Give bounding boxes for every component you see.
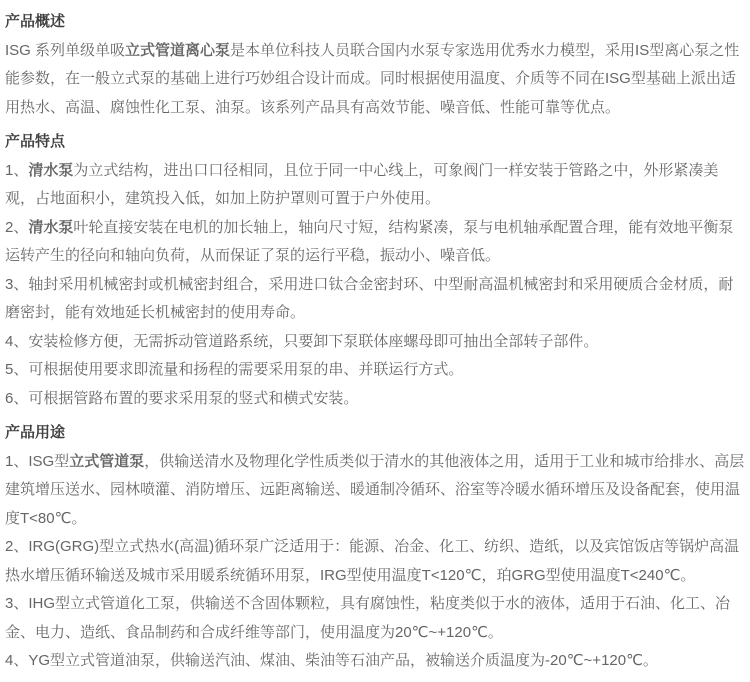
text-run: 1、 bbox=[5, 162, 28, 179]
paragraph: 2、清水泵叶轮直接安装在电机的加长轴上，轴向尺寸短，结构紧凑，泵与电机轴承配置合… bbox=[5, 214, 746, 271]
text-run: 5、可根据使用要求即流量和扬程的需要采用泵的串、并联运行方式。 bbox=[5, 361, 463, 378]
bold-term: 清水泵 bbox=[28, 219, 73, 236]
bold-term: 清水泵 bbox=[28, 162, 73, 179]
paragraph: 4、YG型立式管道油泵，供输送汽油、煤油、柴油等石油产品，被输送介质温度为-20… bbox=[5, 647, 746, 676]
section-body-overview: ISG 系列单级单吸立式管道离心泵是本单位科技人员联合国内水泵专家选用优秀水力模… bbox=[5, 37, 746, 123]
bold-term: 立式管道泵 bbox=[69, 453, 144, 470]
paragraph: 6、可根据管路布置的要求采用泵的竖式和横式安装。 bbox=[5, 385, 746, 414]
paragraph: 1、清水泵为立式结构，进出口口径相同，且位于同一中心线上，可象阀门一样安装于管路… bbox=[5, 157, 746, 214]
paragraph: ISG 系列单级单吸立式管道离心泵是本单位科技人员联合国内水泵专家选用优秀水力模… bbox=[5, 37, 746, 123]
text-run: 4、YG型立式管道油泵，供输送汽油、煤油、柴油等石油产品，被输送介质温度为-20… bbox=[5, 652, 658, 669]
paragraph: 2、IRG(GRG)型立式热水(高温)循环泵广泛适用于：能源、冶金、化工、纺织、… bbox=[5, 533, 746, 590]
section-product-features: 产品特点 1、清水泵为立式结构，进出口口径相同，且位于同一中心线上，可象阀门一样… bbox=[5, 128, 746, 413]
section-product-overview: 产品概述 ISG 系列单级单吸立式管道离心泵是本单位科技人员联合国内水泵专家选用… bbox=[5, 8, 746, 122]
text-run: 2、IRG(GRG)型立式热水(高温)循环泵广泛适用于：能源、冶金、化工、纺织、… bbox=[5, 538, 739, 584]
text-run: 叶轮直接安装在电机的加长轴上，轴向尺寸短，结构紧凑，泵与电机轴承配置合理，能有效… bbox=[5, 219, 733, 265]
section-product-applications: 产品用途 1、ISG型立式管道泵，供输送清水及物理化学性质类似于清水的其他液体之… bbox=[5, 419, 746, 676]
text-run: 3、轴封采用机械密封或机械密封组合，采用进口钛合金密封环、中型耐高温机械密封和采… bbox=[5, 276, 733, 322]
text-run: 6、可根据管路布置的要求采用泵的竖式和横式安装。 bbox=[5, 390, 358, 407]
paragraph: 3、轴封采用机械密封或机械密封组合，采用进口钛合金密封环、中型耐高温机械密封和采… bbox=[5, 271, 746, 328]
paragraph: 1、ISG型立式管道泵，供输送清水及物理化学性质类似于清水的其他液体之用，适用于… bbox=[5, 448, 746, 534]
text-run: 2、 bbox=[5, 219, 28, 236]
bold-term: 立式管道离心泵 bbox=[125, 42, 230, 59]
section-body-features: 1、清水泵为立式结构，进出口口径相同，且位于同一中心线上，可象阀门一样安装于管路… bbox=[5, 157, 746, 414]
section-body-applications: 1、ISG型立式管道泵，供输送清水及物理化学性质类似于清水的其他液体之用，适用于… bbox=[5, 448, 746, 676]
text-run: 3、IHG型立式管道化工泵，供输送不含固体颗粒，具有腐蚀性，粘度类似于水的液体，… bbox=[5, 595, 730, 641]
text-run: ISG 系列单级单吸 bbox=[5, 42, 125, 59]
text-run: 4、安装检修方便，无需拆动管道路系统，只要卸下泵联体座螺母即可抽出全部转子部件。 bbox=[5, 333, 598, 350]
text-run: 1、ISG型 bbox=[5, 453, 69, 470]
text-run: 为立式结构，进出口口径相同，且位于同一中心线上，可象阀门一样安装于管路之中，外形… bbox=[5, 162, 718, 208]
paragraph: 3、IHG型立式管道化工泵，供输送不含固体颗粒，具有腐蚀性，粘度类似于水的液体，… bbox=[5, 590, 746, 647]
paragraph: 5、可根据使用要求即流量和扬程的需要采用泵的串、并联运行方式。 bbox=[5, 356, 746, 385]
section-heading-features: 产品特点 bbox=[5, 128, 746, 157]
product-description-document: 产品概述 ISG 系列单级单吸立式管道离心泵是本单位科技人员联合国内水泵专家选用… bbox=[0, 0, 750, 682]
section-heading-applications: 产品用途 bbox=[5, 419, 746, 448]
section-heading-overview: 产品概述 bbox=[5, 8, 746, 37]
paragraph: 4、安装检修方便，无需拆动管道路系统，只要卸下泵联体座螺母即可抽出全部转子部件。 bbox=[5, 328, 746, 357]
